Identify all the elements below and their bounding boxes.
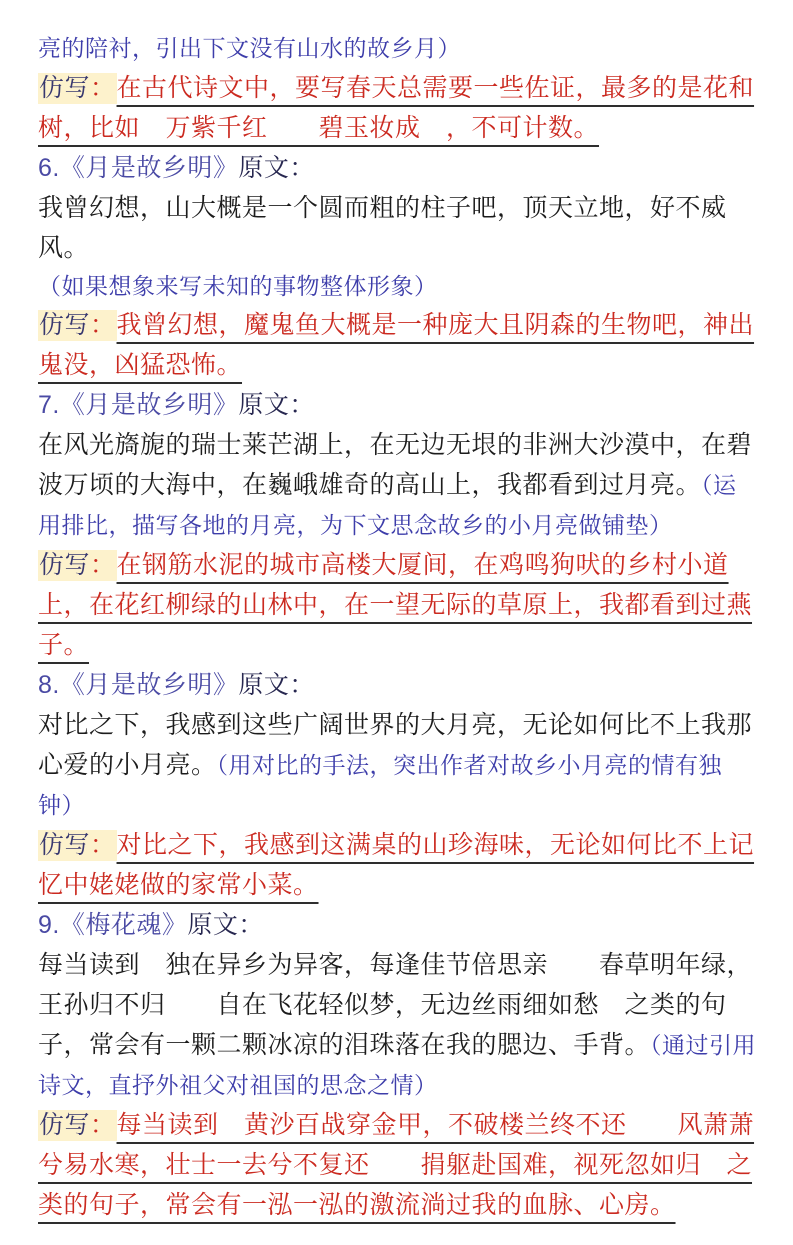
item-8-number: 8. [38,671,60,699]
original-label: 原文： [238,154,315,182]
item-6-annotation: （如果想象来写未知的事物整体形象） [38,268,757,305]
fangxie-label: 仿写： [38,830,117,861]
item-7-fangxie-text: 在钢筋水泥的城市高楼大厦间，在鸡鸣狗吠的乡村小道上，在花红柳绿的山林中，在一望无… [38,551,752,659]
fangxie-label: 仿写： [38,310,117,341]
document-page: 亮的陪衬，引出下文没有山水的故乡月） 仿写：在古代诗文中，要写春天总需要一些佐证… [0,0,793,1245]
item-7-fangxie-paragraph: 仿写：在钢筋水泥的城市高楼大厦间，在鸡鸣狗吠的乡村小道上，在花红柳绿的山林中，在… [38,545,757,665]
item-6-original-text: 我曾幻想，山大概是一个圆而粗的柱子吧，顶天立地，好不威风。 [38,194,727,262]
item-9-book-title: 《梅花魂》 [60,911,188,939]
original-label: 原文： [238,671,315,699]
fangxie-label: 仿写： [38,1110,117,1141]
item-8-fangxie-paragraph: 仿写：对比之下，我感到这满桌的山珍海味，无论如何比不上记忆中姥姥做的家常小菜。 [38,825,757,905]
item-9-fangxie-text: 每当读到 黄沙百战穿金甲，不破楼兰终不还 风萧萧兮易水寒，壮士一去兮不复还 捐躯… [38,1111,754,1219]
fangxie-paragraph-intro: 仿写：在古代诗文中，要写春天总需要一些佐证，最多的是花和树，比如 万紫千红 碧玉… [38,68,757,148]
item-8-original-paragraph: 对比之下，我感到这些广阔世界的大月亮，无论如何比不上我那心爱的小月亮。（用对比的… [38,705,757,825]
fangxie-label-text: 仿写 [39,74,90,102]
fangxie-colon: ： [90,1111,116,1139]
fangxie-label-text: 仿写 [39,551,90,579]
fangxie-colon: ： [90,74,116,102]
item-9-original-text: 每当读到 独在异乡为异客，每逢佳节倍思亲 春草明年绿，王孙归不归 自在飞花轻似梦… [38,951,752,1059]
fangxie-answer-text: 在古代诗文中，要写春天总需要一些佐证，最多的是花和树，比如 万紫千红 碧玉妆成 … [38,74,754,142]
item-8-heading: 8.《月是故乡明》原文： [38,665,757,705]
item-6-heading: 6.《月是故乡明》原文： [38,148,757,188]
fangxie-label-text: 仿写 [39,311,90,339]
item-6-book-title: 《月是故乡明》 [60,154,239,182]
fangxie-label-text: 仿写 [39,831,90,859]
item-6-original-paragraph: 我曾幻想，山大概是一个圆而粗的柱子吧，顶天立地，好不威风。（如果想象来写未知的事… [38,188,757,305]
item-6-number: 6. [38,154,60,182]
fangxie-colon: ： [90,831,116,859]
item-6-fangxie-paragraph: 仿写：我曾幻想，魔鬼鱼大概是一种庞大且阴森的生物吧，神出鬼没，凶猛恐怖。 [38,305,757,385]
fangxie-label: 仿写： [38,550,117,581]
fangxie-colon: ： [90,311,116,339]
original-label: 原文： [187,911,264,939]
item-7-original-paragraph: 在风光旖旎的瑞士莱芒湖上，在无边无垠的非洲大沙漠中，在碧波万顷的大海中，在巍峨雄… [38,425,757,545]
fangxie-label-text: 仿写 [39,1111,90,1139]
item-8-fangxie-text: 对比之下，我感到这满桌的山珍海味，无论如何比不上记忆中姥姥做的家常小菜。 [38,831,754,899]
item-9-heading: 9.《梅花魂》原文： [38,905,757,945]
annotation-text: 亮的陪衬，引出下文没有山水的故乡月） [38,35,461,61]
original-label: 原文： [238,391,315,419]
item-9-original-paragraph: 每当读到 独在异乡为异客，每逢佳节倍思亲 春草明年绿，王孙归不归 自在飞花轻似梦… [38,945,757,1105]
fangxie-colon: ： [90,551,116,579]
annotation-continuation-line: 亮的陪衬，引出下文没有山水的故乡月） [38,28,757,68]
item-7-original-text: 在风光旖旎的瑞士莱芒湖上，在无边无垠的非洲大沙漠中，在碧波万顷的大海中，在巍峨雄… [38,431,752,499]
item-6-fangxie-text: 我曾幻想，魔鬼鱼大概是一种庞大且阴森的生物吧，神出鬼没，凶猛恐怖。 [38,311,754,379]
item-8-book-title: 《月是故乡明》 [60,671,239,699]
item-7-heading: 7.《月是故乡明》原文： [38,385,757,425]
fangxie-label: 仿写： [38,73,117,104]
item-9-fangxie-paragraph: 仿写：每当读到 黄沙百战穿金甲，不破楼兰终不还 风萧萧兮易水寒，壮士一去兮不复还… [38,1105,757,1225]
item-7-number: 7. [38,391,60,419]
item-7-book-title: 《月是故乡明》 [60,391,239,419]
item-9-number: 9. [38,911,60,939]
